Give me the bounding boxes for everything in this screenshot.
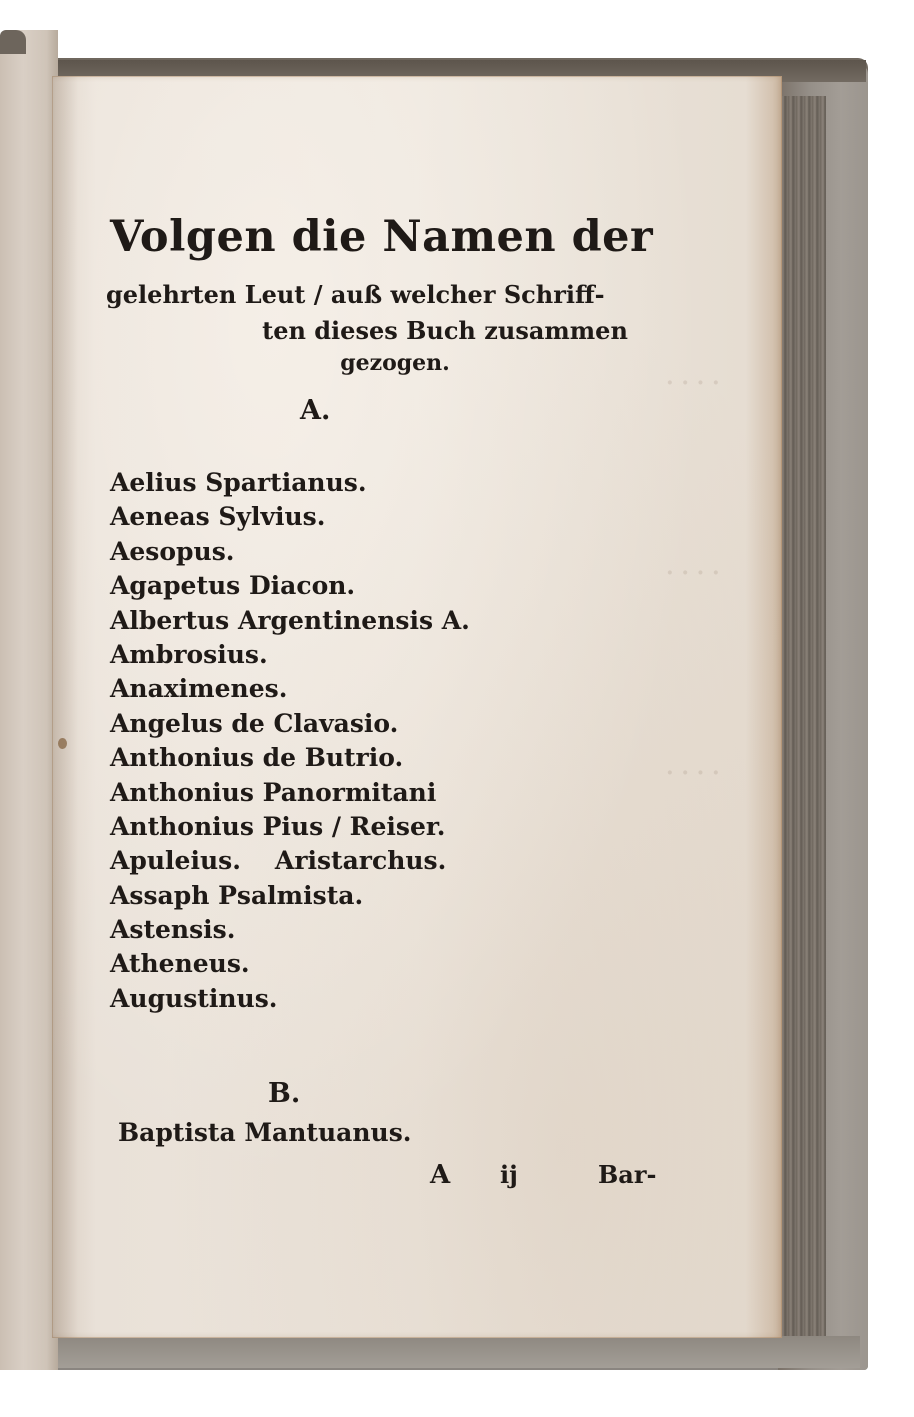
list-item: Atheneus. (110, 947, 470, 981)
list-item: Astensis. (110, 913, 470, 947)
page-heading-line-2: gelehrten Leut / auß welcher Schriff- (106, 280, 605, 309)
page-heading-line-4: gezogen. (0, 350, 790, 376)
list-item: Angelus de Clavasio. (110, 707, 470, 741)
list-item: Anaximenes. (110, 672, 470, 706)
verso-page-curl (0, 30, 58, 1370)
list-item: Anthonius de Butrio. (110, 741, 470, 775)
list-item: Aelius Spartianus. (110, 466, 470, 500)
list-item: Assaph Psalmista. (110, 879, 470, 913)
verso-cover-corner (0, 30, 26, 54)
page-heading-line-3: ten dieses Buch zusammen (0, 316, 890, 345)
book-photograph: · · · · · · · · · · · · Volgen die Namen… (0, 0, 914, 1417)
list-item: Baptista Mantuanus. (118, 1118, 411, 1147)
signature-number: ij (500, 1160, 518, 1189)
gutter-shadow (52, 76, 78, 1338)
cover-turn-in-bottom (20, 1336, 860, 1368)
section-letter-b: B. (268, 1078, 300, 1109)
show-through-text: · · · · (666, 760, 720, 786)
names-list-a: Aelius Spartianus. Aeneas Sylvius. Aesop… (110, 466, 470, 1016)
list-item: Apuleius.Aristarchus. (110, 844, 470, 878)
list-item: Aesopus. (110, 535, 470, 569)
page-block-fore-edge (780, 96, 826, 1336)
list-item: Augustinus. (110, 982, 470, 1016)
list-item: Albertus Argentinensis A. (110, 604, 470, 638)
page-heading-line-1: Volgen die Namen der (110, 212, 653, 262)
list-item: Anthonius Pius / Reiser. (110, 810, 470, 844)
list-item: Ambrosius. (110, 638, 470, 672)
show-through-text: · · · · (666, 560, 720, 586)
list-item: Agapetus Diacon. (110, 569, 470, 603)
name-text: Aristarchus. (275, 846, 446, 875)
foxing-stain (58, 738, 67, 749)
section-letter-a: A. (300, 395, 330, 426)
signature-mark: A (430, 1160, 450, 1190)
name-text: Apuleius. (110, 846, 241, 875)
list-item: Aeneas Sylvius. (110, 500, 470, 534)
list-item: Anthonius Panormitani (110, 776, 470, 810)
catchword: Bar- (598, 1160, 656, 1189)
